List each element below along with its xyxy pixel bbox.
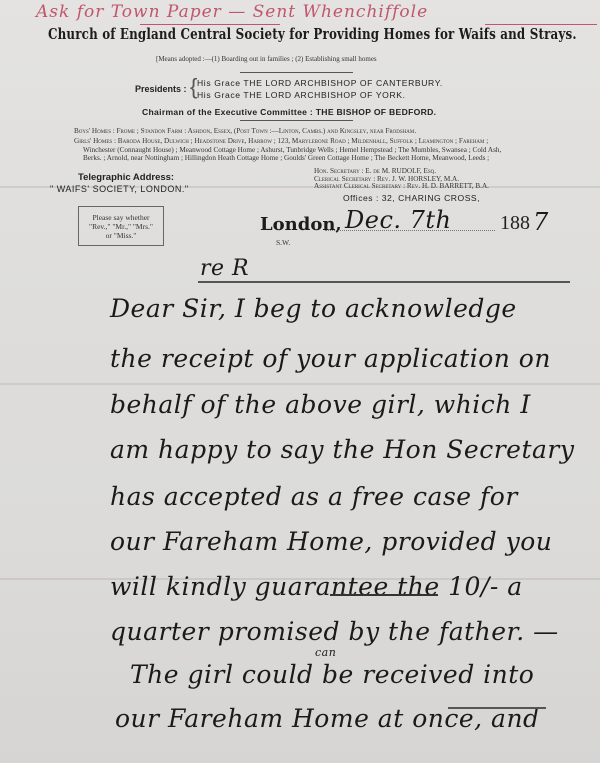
chairman: Chairman of the Executive Committee : TH… [142,107,436,117]
district: S.W. [276,238,290,247]
guarantee-underline [330,594,438,596]
girls-homes-line: Berks. ; Arnold, near Nottingham ; Hilli… [74,154,526,163]
letter-line: quarter promised by the father. — [110,617,559,646]
letter-line: behalf of the above girl, which I [110,390,531,419]
letter-line: has accepted as a free case for [110,482,518,511]
divider [240,120,353,121]
letter-line: will kindly guarantee the 10/- a [110,572,523,601]
assistant-clerical-secretary: Assistant Clerical Secretary : Rev. H. D… [314,183,489,191]
boys-homes: Boys' Homes : Frome ; Standon Farm : Ash… [74,127,416,136]
telegraphic-label: Telegraphic Address: [78,172,174,183]
red-underline [485,24,597,25]
salutation-box-line: or "Miss." [79,231,163,240]
salutation-box-line: Please say whether [79,213,163,222]
means-adopted: [Means adopted :—(1) Boarding out in fam… [156,55,377,63]
society-title: Church of England Central Society for Pr… [48,26,577,43]
girls-homes-line: Girls' Homes : Baroda House, Dulwich ; H… [74,137,526,146]
letter-line: the receipt of your application on [110,344,551,373]
presidents-label: Presidents : [135,84,187,94]
letter-page: Ask for Town Paper — Sent Whenchiffole C… [0,0,600,763]
telegraphic-address: " WAIFS' SOCIETY, LONDON." [50,184,189,194]
re-line: re R [200,256,249,281]
city: London, [260,214,342,235]
president-1: His Grace THE LORD ARCHBISHOP OF CANTERB… [197,78,443,88]
letter-line: am happy to say the Hon Secretary [110,435,574,464]
fold-crease [0,383,600,385]
girls-homes-line: Winchester (Connaught House) ; Meanwood … [74,146,526,155]
letter-line: our Fareham Home, provided you [110,527,552,556]
once-underline [448,707,546,709]
girls-homes: Girls' Homes : Baroda House, Dulwich ; H… [74,137,526,163]
date-handwritten: Dec. 7th [345,206,452,234]
salutation-box: Please say whether "Rev.," "Mr.," "Mrs."… [78,206,164,246]
year-printed: 188 [500,212,530,235]
letter-line: Dear Sir, I beg to acknowledge [110,294,517,323]
red-underline [140,24,280,25]
re-underline [198,281,570,283]
red-annotation: Ask for Town Paper — Sent Whenchiffole [36,2,428,22]
divider [240,72,353,73]
correction-above: can [315,646,336,659]
offices-address: Offices : 32, CHARING CROSS, [343,193,480,203]
year-handwritten: 7 [533,208,549,236]
salutation-box-line: "Rev.," "Mr.," "Mrs." [79,222,163,231]
letter-line: The girl could be received into [130,660,534,689]
secretaries: Hon. Secretary : E. de M. RUDOLF, Esq. C… [314,168,489,191]
president-2: His Grace THE LORD ARCHBISHOP OF YORK. [197,90,406,100]
